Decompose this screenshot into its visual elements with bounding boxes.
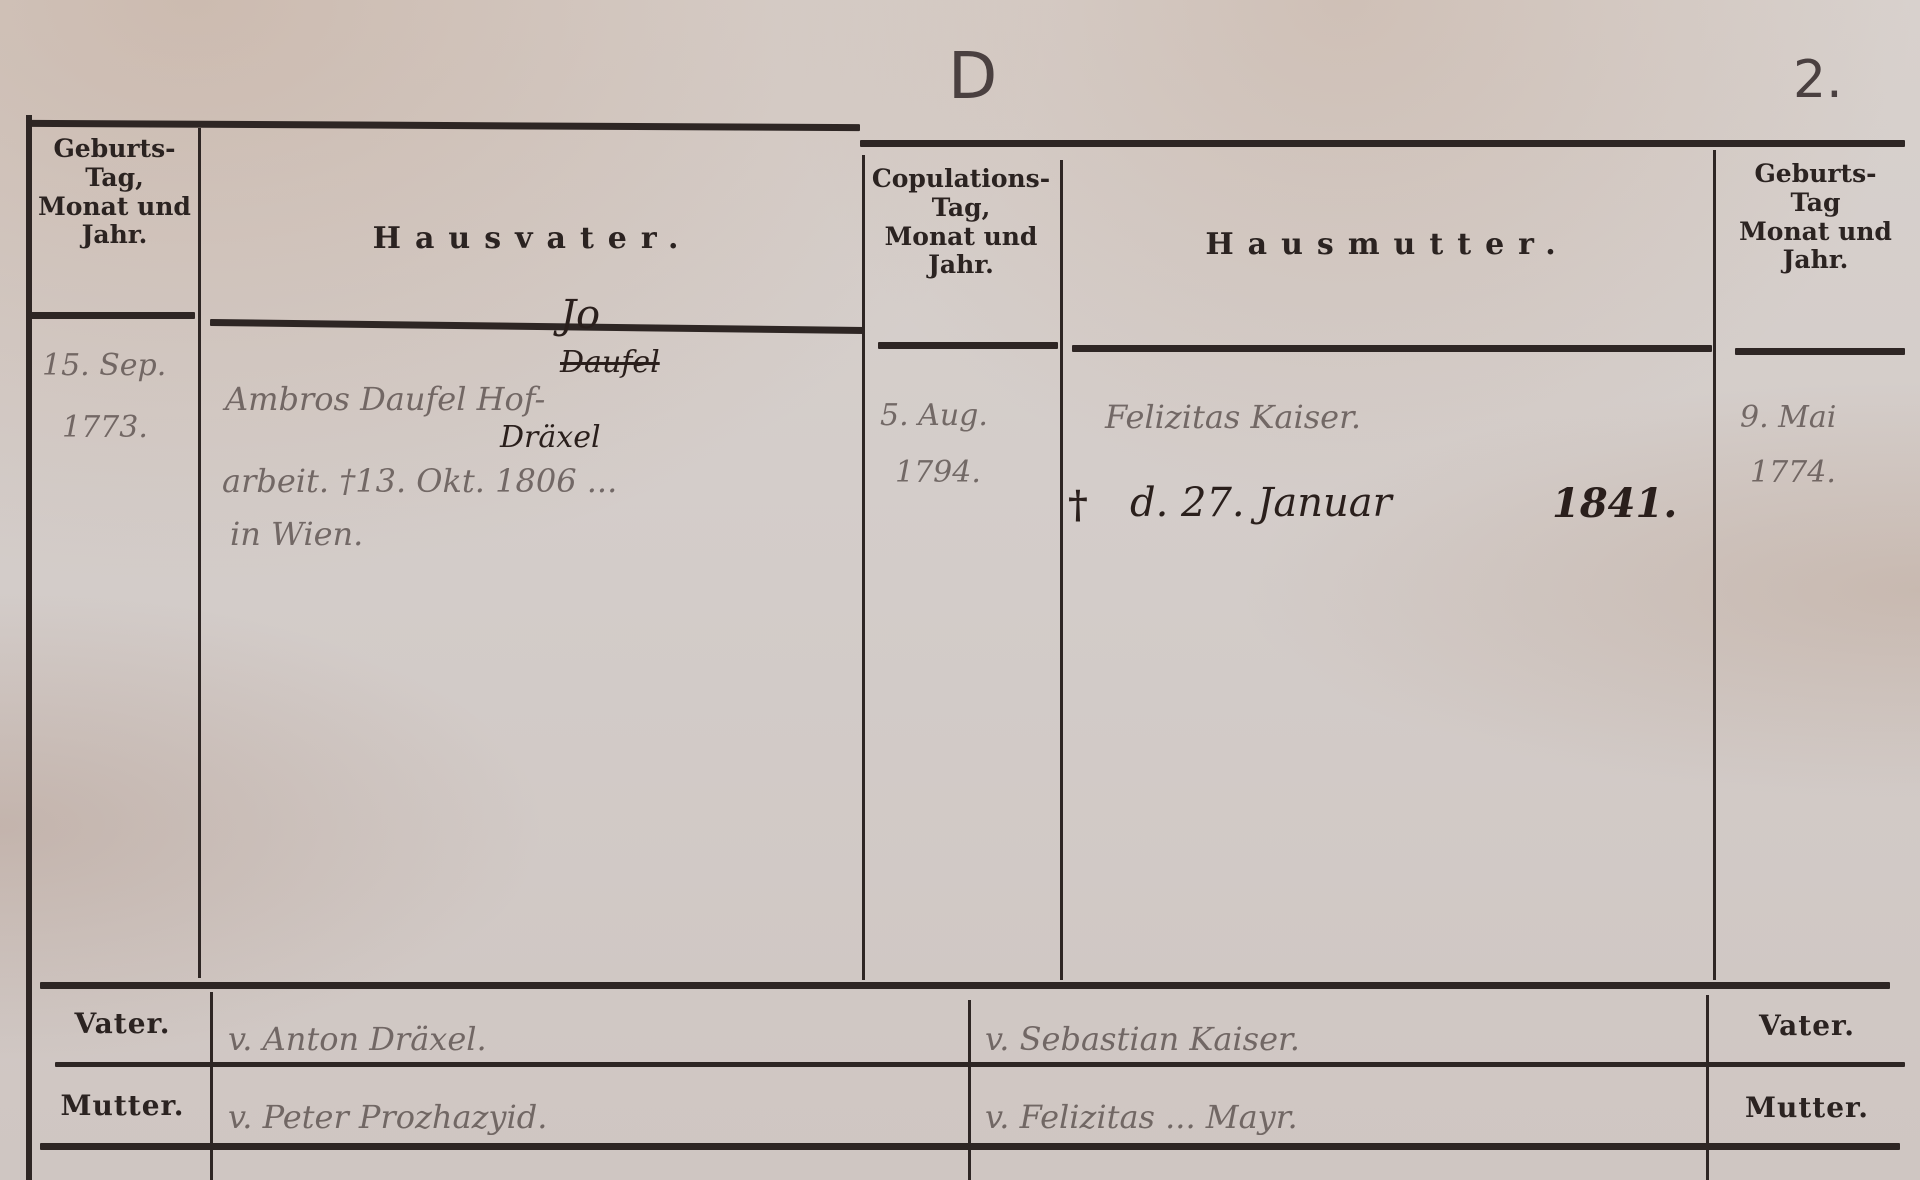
header-text: Geburts- — [32, 135, 197, 164]
header-text: Geburts- — [1718, 160, 1913, 189]
wife-death-date: d. 27. Januar — [1130, 480, 1392, 526]
header-text: Monat und — [862, 223, 1060, 252]
wife-death-year: 1841. — [1552, 480, 1677, 527]
wife-death-cross: † — [1068, 482, 1088, 527]
husband-struck-surname: Daufel — [560, 345, 660, 380]
col-divider-1 — [198, 128, 201, 978]
wife-birth-daymonth: 9. Mai — [1740, 400, 1836, 435]
mutter-row-rule — [40, 1143, 1900, 1150]
husband-name-line1: Ambros Daufel Hof- — [225, 380, 545, 418]
parents-divider-mid — [968, 1000, 971, 1180]
wife-father-name: v. Sebastian Kaiser. — [985, 1020, 1300, 1058]
header-rule-copulation — [878, 342, 1058, 349]
left-border — [26, 115, 32, 1180]
header-text: Jahr. — [862, 251, 1060, 280]
col-divider-3 — [1060, 160, 1063, 980]
header-rule — [30, 312, 195, 319]
header-hausmutter: Hausmutter. — [1065, 228, 1710, 263]
husband-inserted-surname: Dräxel — [500, 420, 601, 455]
wife-name-line1: Felizitas Kaiser. — [1105, 398, 1361, 436]
vater-label-right: Vater. — [1712, 1010, 1902, 1042]
mutter-label-right: Mutter. — [1712, 1092, 1902, 1124]
header-birth-date-wife: Geburts- Tag Monat und Jahr. — [1718, 160, 1913, 275]
header-text: Monat und — [1718, 218, 1913, 247]
husband-mother-name: v. Peter Prozhazyid. — [228, 1098, 547, 1136]
husband-birth-daymonth: 15. Sep. — [42, 348, 166, 383]
header-rule-hausvater — [210, 319, 865, 334]
husband-name-line2: arbeit. †13. Okt. 1806 ... — [222, 462, 617, 500]
husband-correction-above: Jo — [560, 292, 600, 338]
page-letter-mark: D — [948, 40, 997, 114]
parents-divider-left — [210, 992, 213, 1180]
header-rule-right — [1735, 348, 1905, 355]
header-birth-date-husband: Geburts- Tag, Monat und Jahr. — [32, 135, 197, 250]
wife-mother-name: v. Felizitas ... Mayr. — [985, 1098, 1298, 1136]
vater-label-left: Vater. — [40, 1008, 205, 1040]
husband-father-name: v. Anton Dräxel. — [228, 1020, 487, 1058]
husband-name-line3: in Wien. — [230, 515, 363, 553]
header-copulation-date: Copulations- Tag, Monat und Jahr. — [862, 165, 1060, 280]
header-text: Monat und — [32, 193, 197, 222]
mutter-label-left: Mutter. — [40, 1090, 205, 1122]
header-text: Tag, — [862, 194, 1060, 223]
header-text: Tag, — [32, 164, 197, 193]
marriage-daymonth: 5. Aug. — [880, 398, 988, 433]
header-text: Tag — [1718, 189, 1913, 218]
page-number-mark: 2. — [1793, 50, 1843, 110]
header-hausvater: Hausvater. — [205, 222, 860, 257]
top-rule-right — [860, 140, 1905, 147]
top-rule — [30, 120, 860, 131]
header-rule-hausmutter — [1072, 345, 1712, 352]
parents-divider-right — [1706, 995, 1709, 1180]
body-bottom-rule — [40, 982, 1890, 989]
vater-row-rule — [55, 1062, 1905, 1067]
header-text: Jahr. — [32, 221, 197, 250]
header-text: Copulations- — [862, 165, 1060, 194]
marriage-year: 1794. — [895, 455, 981, 490]
husband-birth-year: 1773. — [62, 410, 148, 445]
wife-birth-year: 1774. — [1750, 455, 1836, 490]
header-text: Jahr. — [1718, 246, 1913, 275]
col-divider-4 — [1713, 150, 1716, 980]
